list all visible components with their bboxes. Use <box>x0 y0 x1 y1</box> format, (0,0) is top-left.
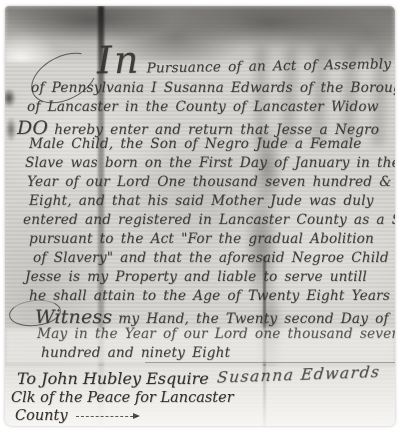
manuscript-line-2: of Pennsylvania I Susanna Edwards of the… <box>31 80 395 96</box>
manuscript-line-13: he shall attain to the Age of Twenty Eig… <box>29 288 390 304</box>
manuscript-line-5: Male Child, the Son of Negro Jude a Fema… <box>29 136 362 152</box>
county-flourish-stroke <box>76 416 138 417</box>
manuscript-line-1: In Pursuance of an Act of Assembly of th… <box>97 49 395 78</box>
document-scan: In Pursuance of an Act of Assembly of th… <box>0 0 400 432</box>
manuscript-line-10: pursuant to the Act "For the gradual Abo… <box>29 231 374 247</box>
manuscript-line-11: of Slavery" and that the aforesaid Negro… <box>33 250 389 266</box>
signature: Susanna Edwards <box>216 363 381 387</box>
addressee-line-3: County <box>15 408 138 424</box>
witness-word: Witness <box>35 306 112 328</box>
manuscript-line-16: hundred and ninety Eight <box>41 345 230 361</box>
manuscript-line-3: of Lancaster in the County of Lancaster … <box>27 99 379 115</box>
drop-cap-in: In <box>97 55 141 66</box>
addressee-line-2: Clk of the Peace for Lancaster <box>11 390 234 406</box>
manuscript-line-8: Eight, and that his said Mother Jude was… <box>29 193 374 209</box>
addressee-line-1: To John Hubley Esquire <box>17 369 209 388</box>
paper: In Pursuance of an Act of Assembly of th… <box>5 6 395 426</box>
manuscript-line-14: Witness my Hand, the Twenty second Day o… <box>35 306 389 328</box>
handwriting-layer: In Pursuance of an Act of Assembly of th… <box>5 6 395 426</box>
manuscript-line-9: entered and registered in Lancaster Coun… <box>23 212 395 228</box>
manuscript-line-15: May in the Year of our Lord one thousand… <box>37 326 395 342</box>
manuscript-line-7: Year of our Lord One thousand seven hund… <box>27 174 395 190</box>
manuscript-line-12: Jesse is my Property and liable to serve… <box>25 269 367 285</box>
manuscript-line-6: Slave was born on the First Day of Janua… <box>25 155 395 171</box>
